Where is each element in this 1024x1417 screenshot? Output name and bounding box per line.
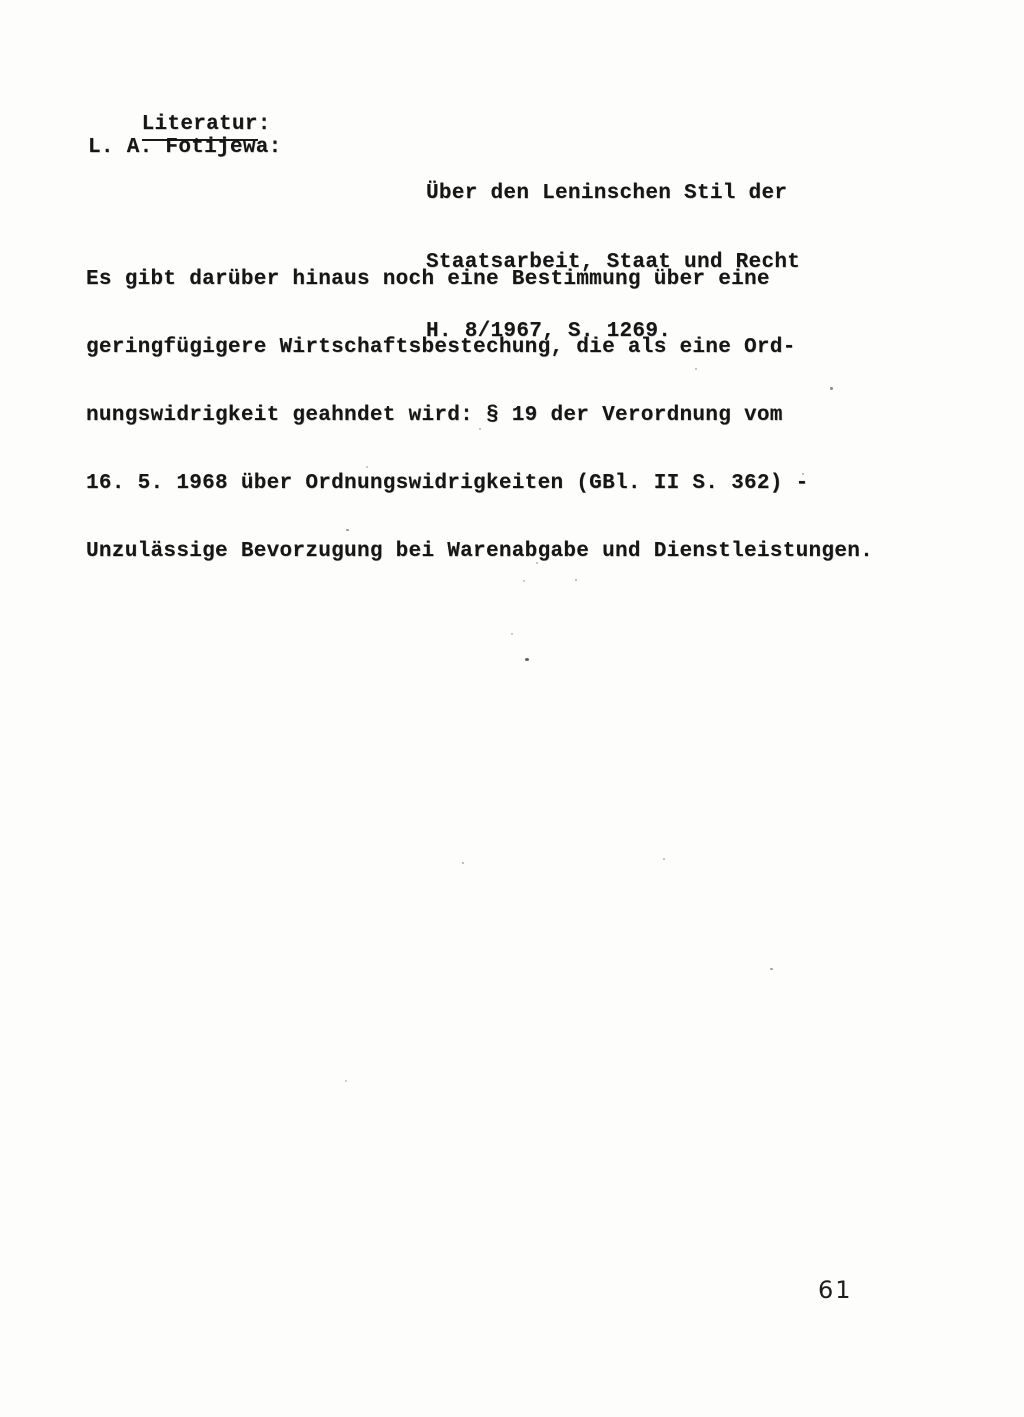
body-line: Es gibt darüber hinaus noch eine Bestimm… (86, 269, 873, 291)
scan-speck (830, 387, 833, 390)
scan-speck (346, 529, 349, 531)
scan-speck (511, 633, 513, 635)
body-line: nungswidrigkeit geahndet wird: § 19 der … (86, 405, 873, 427)
reference-line: Über den Leninschen Stil der (426, 182, 800, 205)
author-name: L. A. Fotijewa: (88, 136, 282, 159)
page-number: 61 (818, 1276, 853, 1304)
scan-speck (479, 428, 481, 430)
scan-speck (505, 481, 507, 484)
body-line: 16. 5. 1968 über Ordnungswidrigkeiten (G… (86, 473, 873, 495)
scan-speck (525, 658, 529, 661)
scan-speck (366, 466, 368, 468)
body-line: geringfügigere Wirtschaftsbestechung, di… (86, 337, 873, 359)
body-paragraph: Es gibt darüber hinaus noch eine Bestimm… (86, 223, 873, 609)
scan-speck (663, 858, 665, 860)
literature-heading-colon: : (258, 113, 271, 136)
scan-speck (802, 473, 804, 475)
scan-speck (536, 562, 538, 564)
scan-speck (575, 579, 577, 581)
scanned-document-page: Literatur: L. A. Fotijewa: Über den Leni… (0, 0, 1024, 1417)
body-line: Unzulässige Bevorzugung bei Warenabgabe … (86, 541, 873, 563)
scan-speck (345, 1080, 347, 1082)
scan-speck (695, 368, 697, 370)
scan-speck (770, 968, 773, 970)
scan-speck (462, 862, 464, 864)
scan-speck (523, 580, 525, 582)
